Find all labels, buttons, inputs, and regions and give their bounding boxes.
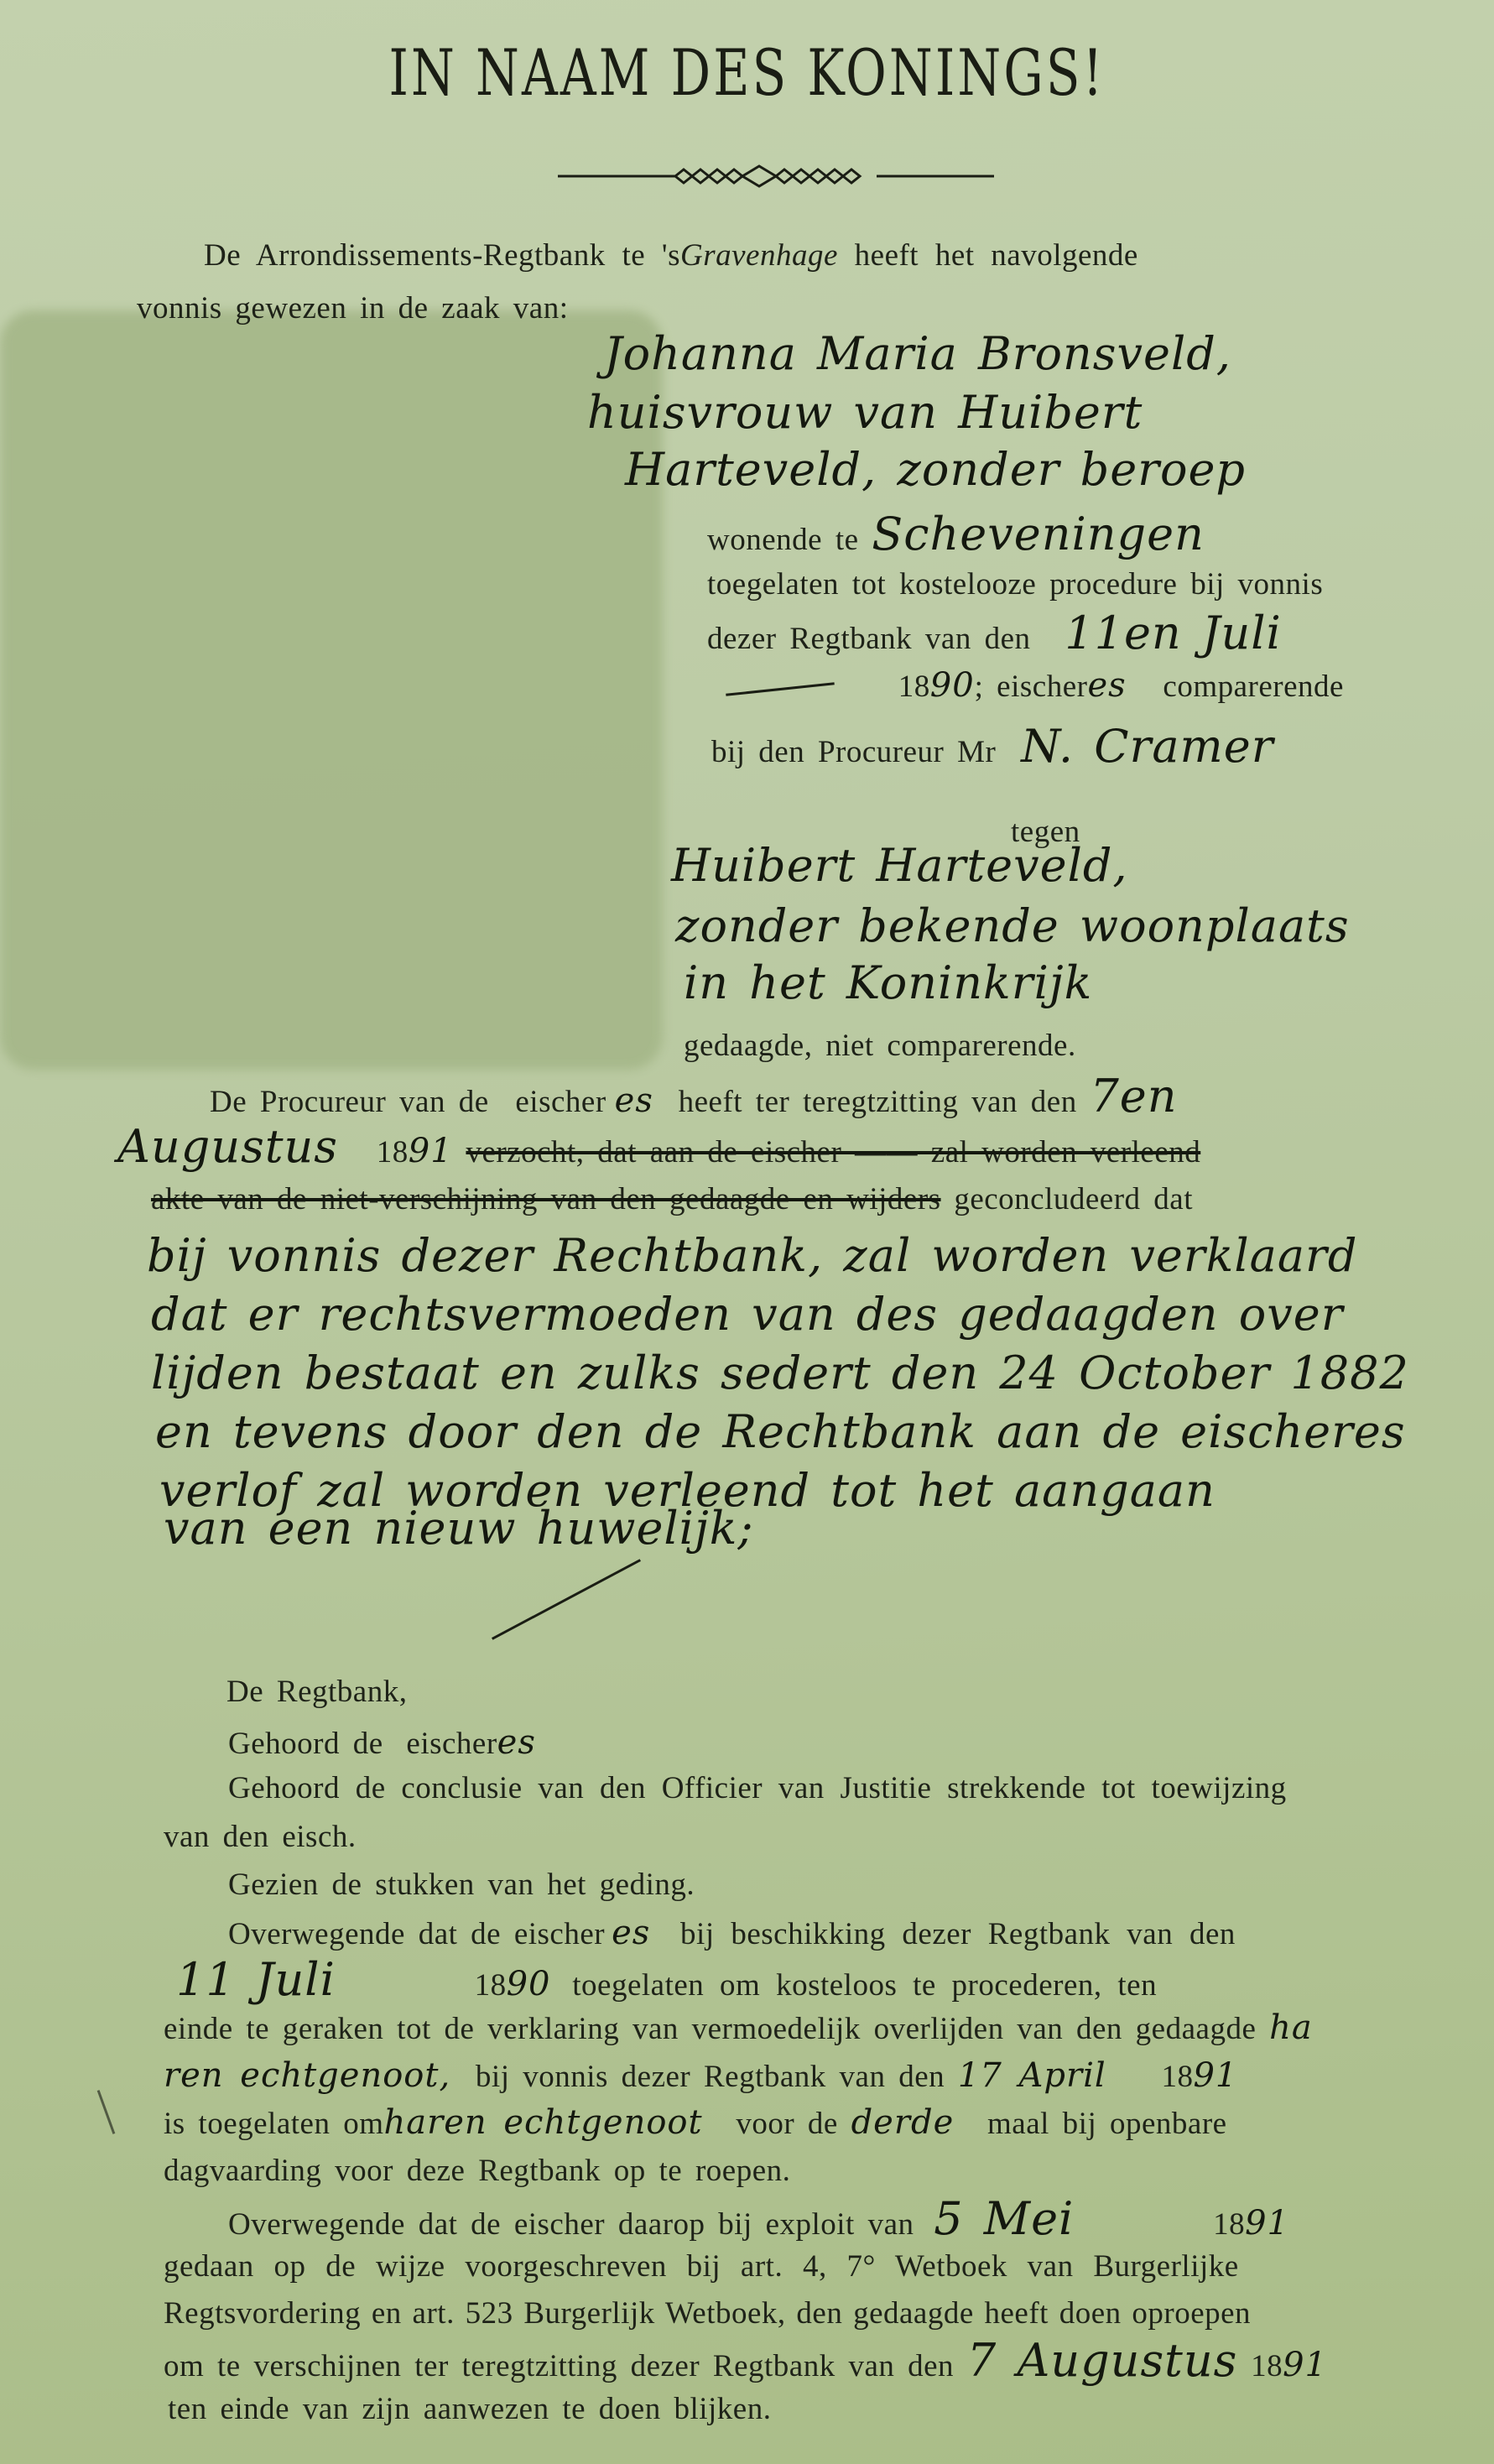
defendant-country-hw: in het Koninkrijk bbox=[684, 965, 1092, 1002]
suffix-hw: es bbox=[615, 1081, 653, 1120]
residence-hw: Scheveningen bbox=[872, 508, 1205, 560]
eischer-label: ; eischer bbox=[975, 669, 1088, 704]
seen-line: Gezien de stukken van het geding. bbox=[228, 1867, 695, 1904]
consid2-line-3: Regtsvordering en art. 523 Burgerlijk We… bbox=[164, 2295, 1251, 2332]
court-text: bij vonnis dezer Regtbank van den bbox=[476, 2060, 945, 2094]
plaintiff-occupation-hw: Harteveld, zonder beroep bbox=[625, 451, 1246, 488]
struck-text: akte van de niet-verschijning van den ge… bbox=[151, 1182, 941, 1216]
court-text: Overwegende dat de eischer daarop bij ex… bbox=[228, 2207, 914, 2242]
request-hw-line: van een nieuw huwelijk; bbox=[164, 1510, 754, 1547]
request-hw-line: lijden bestaat en zulks sedert den 24 Oc… bbox=[151, 1355, 1409, 1392]
intro-text: heeft het navolgende bbox=[855, 238, 1138, 273]
request-text: geconcludeerd dat bbox=[954, 1182, 1193, 1216]
ordinal-hw: derde bbox=[851, 2103, 955, 2142]
date-hw: 5 Mei bbox=[934, 2192, 1074, 2245]
suffix-hw: ha bbox=[1269, 2008, 1313, 2047]
day-hw: 7en bbox=[1090, 1070, 1177, 1123]
residence-label: wonende te bbox=[707, 523, 859, 557]
closing-slash-mark bbox=[492, 1559, 641, 1640]
city-name: Gravenhage bbox=[680, 238, 838, 273]
procureur-hw: N. Cramer bbox=[1021, 720, 1273, 773]
year-hw: 91 bbox=[1193, 2056, 1237, 2095]
appearing-label: comparerende bbox=[1163, 669, 1344, 704]
spouse-hw: ren echtgenoot, bbox=[164, 2056, 450, 2095]
court-text: om te verschijnen ter teregtzitting deze… bbox=[164, 2349, 954, 2383]
date-line: dezer Regtbank van den 11en Juli bbox=[707, 615, 1282, 658]
heard-2: Gehoord de conclusie van den Officier va… bbox=[228, 1770, 1287, 1807]
dash-mark bbox=[726, 682, 835, 696]
year-hw: 91 bbox=[1283, 2346, 1327, 2384]
margin-tick-mark bbox=[97, 2090, 116, 2134]
year-printed: 18 bbox=[475, 1968, 507, 2003]
admitted-line: toegelaten tot kostelooze procedure bij … bbox=[707, 566, 1323, 603]
court-text: Gehoord de bbox=[228, 1727, 383, 1761]
court-text: toegelaten om kosteloos te procederen, t… bbox=[572, 1968, 1157, 2003]
procureur-line: bij den Procureur Mr N. Cramer bbox=[711, 728, 1274, 771]
consid1-line-1: Overwegende dat de eischeres bij beschik… bbox=[228, 1914, 1236, 1953]
suffix-hw: es bbox=[612, 1914, 650, 1952]
request-hw-line: en tevens door den de Rechtbank aan de e… bbox=[155, 1414, 1406, 1451]
defendant-residence-hw: zonder bekende woonplaats bbox=[675, 908, 1350, 945]
court-text: is toegelaten om bbox=[164, 2107, 384, 2141]
suffix-hw: es bbox=[1087, 666, 1126, 705]
ornament-divider-icon bbox=[558, 164, 994, 189]
residence-line: wonende te Scheveningen bbox=[707, 516, 1205, 559]
year-printed: 18 bbox=[1161, 2060, 1193, 2094]
spouse-hw: haren echtgenoot bbox=[384, 2103, 703, 2142]
date-hw: 7 Augustus bbox=[967, 2334, 1238, 2387]
redacted-region bbox=[0, 310, 663, 1070]
request-line-3: akte van de niet-verschijning van den ge… bbox=[151, 1181, 1193, 1218]
request-text: De Procureur van de bbox=[210, 1085, 489, 1119]
intro-line-2: vonnis gewezen in de zaak van: bbox=[137, 290, 569, 327]
document-page: IN NAAM DES KONINGS! De Arrondissements-… bbox=[0, 0, 1494, 2464]
document-title: IN NAAM DES KONINGS! bbox=[164, 35, 1330, 110]
consid1-line-6: dagvaarding voor deze Regtbank op te roe… bbox=[164, 2153, 790, 2190]
court-text: einde te geraken tot de verklaring van v… bbox=[164, 2012, 1256, 2046]
year-hw: 91 bbox=[1245, 2204, 1289, 2243]
heard-2-cont: van den eisch. bbox=[164, 1819, 357, 1856]
court-text: bij beschikking dezer Regtbank van den bbox=[680, 1917, 1236, 1951]
consid1-line-4: ren echtgenoot, bij vonnis dezer Regtban… bbox=[164, 2057, 1237, 2096]
court-text: voor de bbox=[736, 2107, 838, 2141]
suffix-hw: es bbox=[497, 1723, 536, 1762]
consid2-line-4: om te verschijnen ter teregtzitting deze… bbox=[164, 2342, 1327, 2385]
month-hw: Augustus bbox=[117, 1120, 338, 1173]
consid1-line-2: 11 Juli 1890 toegelaten om kosteloos te … bbox=[176, 1961, 1157, 2004]
struck-text: verzocht, dat aan de eischer —— zal word… bbox=[466, 1135, 1200, 1169]
year-printed: 18 bbox=[1213, 2207, 1245, 2242]
plaintiff-desc-hw: huisvrouw van Huibert bbox=[587, 394, 1143, 431]
consid2-line-5: ten einde van zijn aanwezen te doen blij… bbox=[168, 2391, 771, 2428]
procureur-label: bij den Procureur Mr bbox=[711, 735, 996, 769]
date-label: dezer Regtbank van den bbox=[707, 622, 1031, 656]
request-hw-line: bij vonnis dezer Rechtbank, zal worden v… bbox=[147, 1237, 1357, 1274]
date-hw: 11 Juli bbox=[176, 1953, 336, 2006]
request-line-1: De Procureur van de eischeres heeft ter … bbox=[210, 1078, 1178, 1121]
intro-text: De Arrondissements-Regtbank te 's bbox=[204, 238, 680, 273]
request-hw-line: dat er rechtsvermoeden van des gedaagden… bbox=[151, 1296, 1344, 1333]
request-text: heeft ter teregtzitting van den bbox=[679, 1085, 1077, 1119]
consid1-line-3: einde te geraken tot de verklaring van v… bbox=[164, 2009, 1313, 2048]
eischer-label: eischer bbox=[406, 1727, 497, 1761]
eischer-label: eischer bbox=[515, 1085, 606, 1119]
court-text: maal bij openbare bbox=[987, 2107, 1227, 2141]
defendant-status: gedaagde, niet comparerende. bbox=[684, 1028, 1076, 1065]
year-hw: 91 bbox=[409, 1132, 453, 1170]
plaintiff-name-hw: Johanna Maria Bronsveld, bbox=[604, 336, 1231, 372]
year-printed: 18 bbox=[1251, 2349, 1283, 2383]
heard-1: Gehoord de eischeres bbox=[228, 1724, 536, 1763]
consid2-line-1: Overwegende dat de eischer daarop bij ex… bbox=[228, 2201, 1289, 2243]
year-printed: 18 bbox=[377, 1135, 409, 1169]
request-line-2: Augustus 1891 verzocht, dat aan de eisch… bbox=[117, 1128, 1200, 1171]
year-printed: 18 bbox=[898, 669, 930, 704]
date-hw: 17 April bbox=[958, 2056, 1106, 2095]
year-hw: 90 bbox=[507, 1965, 551, 2003]
date-hw: 11en Juli bbox=[1065, 607, 1282, 659]
court-text: Overwegende dat de eischer bbox=[228, 1917, 605, 1951]
defendant-name-hw: Huibert Harteveld, bbox=[671, 847, 1128, 884]
consid2-line-2: gedaan op de wijze voorgeschreven bij ar… bbox=[164, 2248, 1239, 2285]
intro-line-1: De Arrondissements-Regtbank te 'sGravenh… bbox=[204, 237, 1138, 274]
year-hw: 90 bbox=[930, 666, 975, 705]
consid1-line-5: is toegelaten omharen echtgenoot voor de… bbox=[164, 2104, 1227, 2143]
court-heading: De Regtbank, bbox=[226, 1674, 407, 1711]
year-line: 1890; eischeres comparerende bbox=[726, 667, 1344, 706]
